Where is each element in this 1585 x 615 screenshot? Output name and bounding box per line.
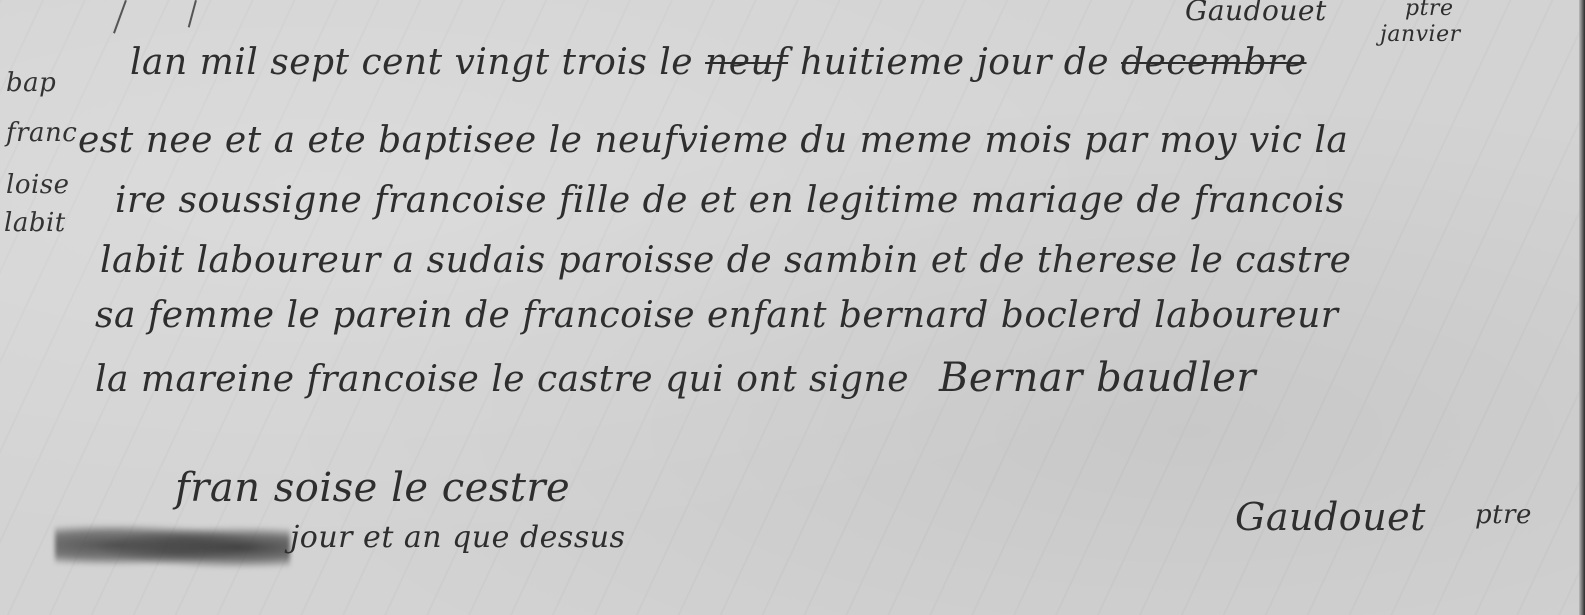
margin-note-line-3: loise bbox=[6, 170, 70, 200]
entry-line-6: la mareine francoise le castre qui ont s… bbox=[95, 355, 1256, 401]
entry-line-6-text: la mareine francoise le castre qui ont s… bbox=[95, 359, 909, 400]
godfather-signature: Bernar baudler bbox=[939, 355, 1256, 401]
entry-line-1-struck-month: decembre bbox=[1121, 42, 1307, 83]
entry-line-1-after: huitieme jour de bbox=[788, 42, 1121, 83]
margin-note-line-2: franc bbox=[6, 118, 77, 148]
entry-line-5: sa femme le parein de francoise enfant b… bbox=[95, 295, 1338, 336]
ink-blot bbox=[55, 520, 290, 570]
correction-insert: janvier bbox=[1380, 22, 1461, 47]
margin-note-line-1: bap bbox=[6, 68, 56, 98]
godmother-signature: fran soise le cestre bbox=[175, 465, 570, 511]
margin-note-line-4: labit bbox=[4, 208, 66, 238]
header-signature-mark: ptre bbox=[1405, 0, 1453, 21]
closing-line: jour et an que dessus bbox=[290, 520, 625, 555]
entry-line-1-before: lan mil sept cent vingt trois le bbox=[130, 42, 705, 83]
page-edge bbox=[1579, 0, 1585, 615]
entry-line-2: est nee et a ete baptisee le neufvieme d… bbox=[78, 120, 1348, 161]
priest-signature: Gaudouet bbox=[1235, 495, 1426, 539]
entry-line-1: lan mil sept cent vingt trois le neuf hu… bbox=[130, 42, 1307, 83]
entry-line-3: ire soussigne francoise fille de et en l… bbox=[115, 180, 1345, 221]
priest-signature-mark: ptre bbox=[1475, 500, 1532, 530]
entry-line-1-struck-word: neuf bbox=[705, 42, 788, 83]
header-signature: Gaudouet bbox=[1185, 0, 1327, 27]
entry-line-4: labit laboureur a sudais paroisse de sam… bbox=[100, 240, 1351, 281]
